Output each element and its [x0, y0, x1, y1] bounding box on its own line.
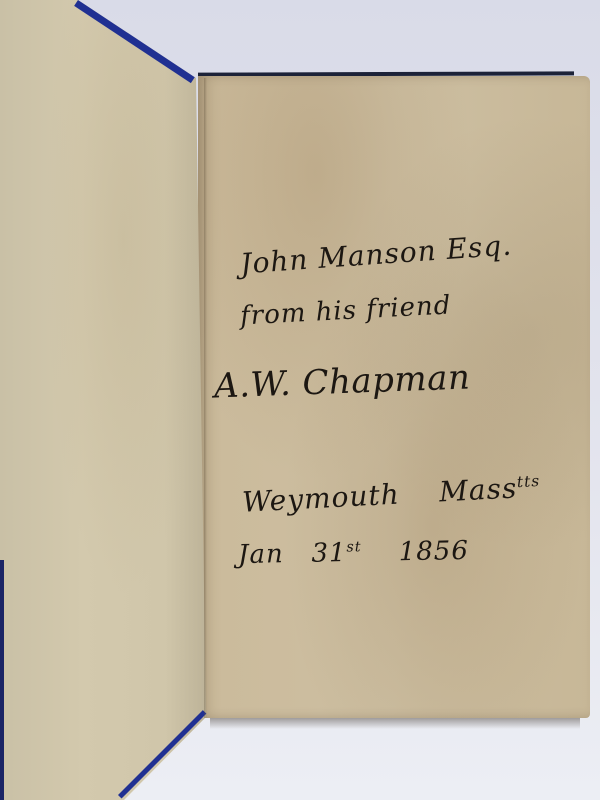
left-page [0, 0, 206, 800]
cover-cloth-edge-side [0, 560, 4, 800]
inscription-date: Jan 31st 1856 [238, 536, 469, 570]
place-state-suffix: tts [516, 472, 540, 491]
date-day: 31 [311, 538, 347, 569]
place-state: Mass [438, 471, 518, 508]
date-month: Jan [238, 539, 284, 570]
book-photo: John Manson Esq. from his friend A.W. Ch… [0, 0, 600, 800]
date-day-suffix: st [346, 539, 361, 555]
date-year: 1856 [398, 536, 469, 567]
gutter [204, 78, 207, 718]
